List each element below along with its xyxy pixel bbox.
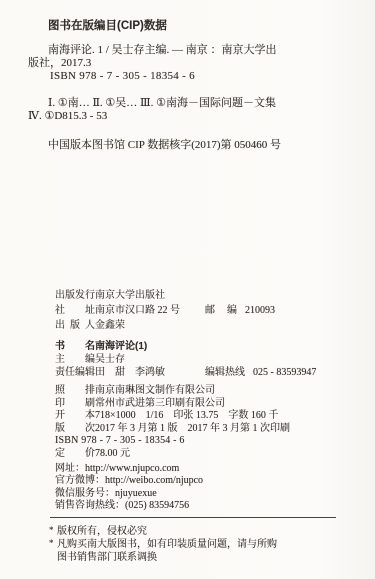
typeset-label: 照排 (55, 385, 95, 398)
publisher-value: 南京大学出版社 (95, 288, 165, 303)
production-group: 照排南京南琳图文制作有限公司 印刷常州市武进第三印刷有限公司 开本718×100… (28, 385, 341, 460)
book-title-row: 书名南海评论(1) (28, 340, 341, 353)
format-row: 开本718×1000 1/16 印张 13.75 字数 160 千 (28, 410, 341, 423)
imprint-isbn-row: ISBN 978 - 7 - 305 - 18354 - 6 (28, 435, 341, 448)
website-line: 网址：http://www.njupco.com (28, 463, 341, 475)
cip-isbn-line: ISBN 978 - 7 - 305 - 18354 - 6 (28, 70, 341, 83)
format-value: 718×1000 1/16 印张 13.75 字数 160 千 (95, 410, 278, 423)
chief-editor-label: 主编 (55, 353, 95, 366)
issuer-value: 金鑫荣 (95, 318, 125, 333)
editor-hotline-label: 编辑热线 (205, 366, 245, 379)
book-title-label: 书名 (55, 340, 95, 353)
format-label: 开本 (55, 410, 95, 423)
publisher-row: 出版发行南京大学出版社 (28, 288, 341, 303)
cip-entry: 南海评论. 1 / 吴士存主编. — 南京 ：南京大学出 版社，2017.3 I… (28, 44, 341, 83)
imprint-block: 出版发行南京大学出版社 社址南京市汉口路 22 号 邮编210093 出版人金鑫… (28, 288, 341, 460)
postcode-value: 210093 (245, 305, 275, 316)
cip-class-line2: Ⅳ. ①D815.3 - 53 (28, 110, 341, 123)
address-value: 南京市汉口路 22 号 (95, 303, 180, 318)
quality-note-line2: 图书销售部门联系调换 (57, 551, 341, 564)
price-label: 定价 (55, 448, 95, 461)
copyright-note: *版权所有，侵权必究 (28, 525, 341, 538)
edition-value: 2017 年 3 月第 1 版 2017 年 3 月第 1 次印刷 (95, 423, 290, 436)
divider-rule (50, 517, 336, 518)
editor-hotline-value: 025 - 83593947 (253, 367, 316, 378)
issuer-label: 出版人 (55, 318, 95, 333)
cip-registry-line: 中国版本图书馆 CIP 数据核字(2017)第 050460 号 (48, 139, 341, 152)
print-value: 常州市武进第三印刷有限公司 (95, 398, 225, 411)
chief-editor-value: 吴士存 (95, 353, 125, 366)
asterisk-bullet: * (49, 524, 54, 537)
edition-label: 版次 (55, 423, 95, 436)
footnotes-block: *版权所有，侵权必究 *凡购买南大版图书，如有印装质量问题，请与所购 图书销售部… (28, 525, 341, 565)
price-value: 78.00 元 (95, 448, 130, 461)
duty-editor-row: 责任编辑田 甜 李鸿敏 编辑热线025 - 83593947 (28, 366, 341, 379)
cip-entry-line2: 版社，2017.3 (28, 57, 341, 70)
cip-header: 图书在版编目(CIP)数据 (48, 20, 341, 33)
quality-note: *凡购买南大版图书，如有印装质量问题，请与所购 图书销售部门联系调换 (28, 538, 341, 564)
quality-note-line1: 凡购买南大版图书，如有印装质量问题，请与所购 (57, 539, 277, 550)
cip-class-line1: Ⅰ. ①南… Ⅱ. ①吴… Ⅲ. ①南海－国际问题－文集 (28, 97, 341, 110)
publisher-group: 出版发行南京大学出版社 社址南京市汉口路 22 号 邮编210093 出版人金鑫… (28, 288, 341, 333)
copyright-note-text: 版权所有，侵权必究 (57, 526, 147, 537)
print-label: 印刷 (55, 398, 95, 411)
issuer-row: 出版人金鑫荣 (28, 318, 341, 333)
book-copyright-page: 图书在版编目(CIP)数据 南海评论. 1 / 吴士存主编. — 南京 ：南京大… (0, 0, 375, 579)
publisher-label: 出版发行 (55, 288, 95, 303)
sales-hotline-line: 销售咨询热线：(025) 83594756 (28, 500, 341, 512)
wechat-line: 微信服务号：njuyuexue (28, 488, 341, 500)
postcode-label: 邮编 (205, 303, 237, 318)
book-title-value: 南海评论(1) (95, 340, 147, 353)
asterisk-bullet: * (49, 537, 54, 550)
address-label: 社址 (55, 303, 95, 318)
book-title-group: 书名南海评论(1) 主编吴士存 责任编辑田 甜 李鸿敏 编辑热线025 - 83… (28, 340, 341, 379)
edition-row: 版次2017 年 3 月第 1 版 2017 年 3 月第 1 次印刷 (28, 423, 341, 436)
chief-editor-row: 主编吴士存 (28, 353, 341, 366)
typeset-value: 南京南琳图文制作有限公司 (95, 385, 215, 398)
weibo-line: 官方微博：http://weibo.com/njupco (28, 475, 341, 487)
cip-classification: Ⅰ. ①南… Ⅱ. ①吴… Ⅲ. ①南海－国际问题－文集 Ⅳ. ①D815.3 … (28, 97, 341, 123)
print-row: 印刷常州市武进第三印刷有限公司 (28, 398, 341, 411)
postcode-pair: 邮编210093 (205, 303, 275, 318)
address-row: 社址南京市汉口路 22 号 邮编210093 (28, 303, 341, 318)
typeset-row: 照排南京南琳图文制作有限公司 (28, 385, 341, 398)
duty-editor-label: 责任编辑 (55, 366, 95, 379)
cip-entry-line1: 南海评论. 1 / 吴士存主编. — 南京 ：南京大学出 (28, 44, 341, 57)
contact-block: 网址：http://www.njupco.com 官方微博：http://wei… (28, 463, 341, 513)
duty-editor-value: 田 甜 李鸿敏 (95, 366, 165, 379)
price-row: 定价78.00 元 (28, 448, 341, 461)
editor-hotline-pair: 编辑热线025 - 83593947 (205, 366, 316, 379)
